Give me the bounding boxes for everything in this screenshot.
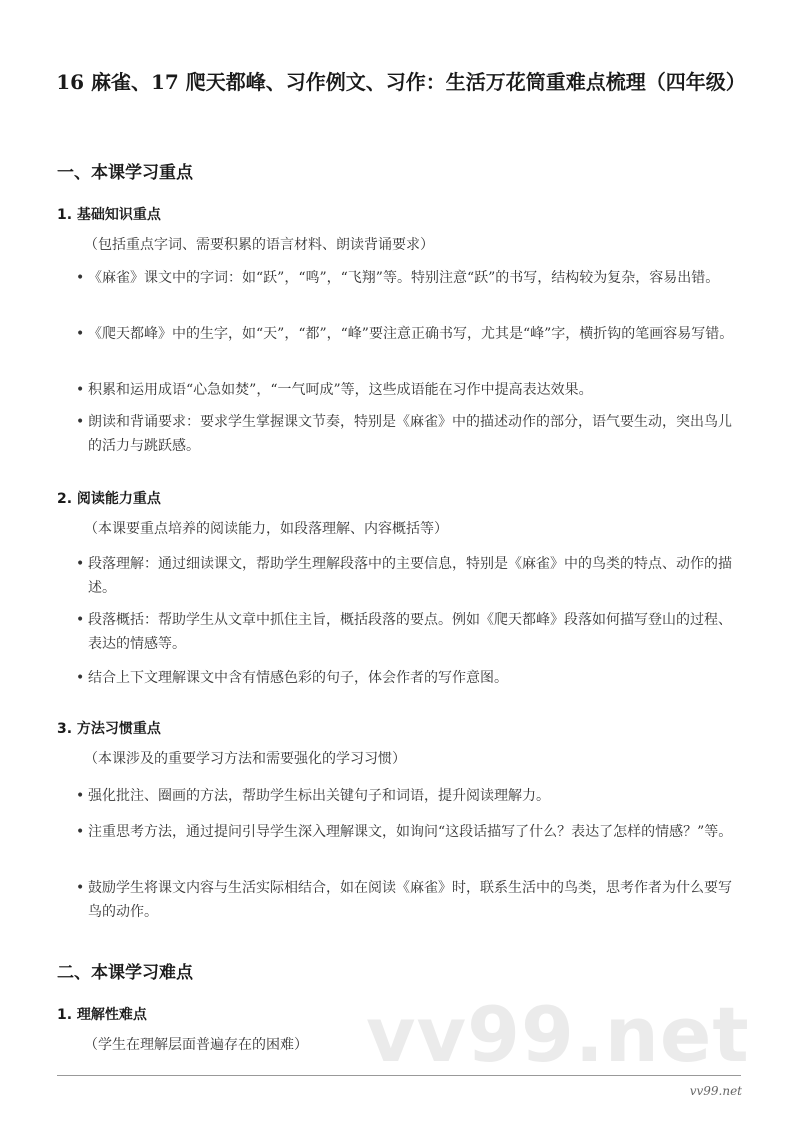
subsection-heading: 3. 方法习惯重点	[57, 718, 161, 738]
list-item: • 段落概括：帮助学生从文章中抓住主旨，概括段落的要点。例如《爬天都峰》段落如何…	[76, 608, 742, 656]
subsection-heading: 1. 基础知识重点	[57, 204, 161, 224]
footer-divider	[57, 1075, 741, 1076]
bullet-icon: •	[76, 322, 86, 346]
subsection-heading: 2. 阅读能力重点	[57, 488, 161, 508]
subsection-note: （本课要重点培养的阅读能力，如段落理解、内容概括等）	[84, 518, 448, 538]
bullet-icon: •	[76, 552, 86, 576]
list-item: • 积累和运用成语“心急如焚”，“一气呵成”等，这些成语能在习作中提高表达效果。	[76, 378, 742, 402]
subsection-note: （包括重点字词、需要积累的语言材料、朗读背诵要求）	[84, 234, 434, 254]
page-title: 16 麻雀、17 爬天都峰、习作例文、习作：生活万花筒重难点梳理（四年级）	[56, 66, 746, 98]
list-item: • 结合上下文理解课文中含有情感色彩的句子，体会作者的写作意图。	[76, 666, 742, 690]
bullet-icon: •	[76, 784, 86, 808]
list-item: • 《麻雀》课文中的字词：如“跃”，“鸣”，“飞翔”等。特别注意“跃”的书写，结…	[76, 266, 742, 290]
bullet-icon: •	[76, 820, 86, 844]
bullet-icon: •	[76, 266, 86, 290]
subsection-note: （本课涉及的重要学习方法和需要强化的学习习惯）	[84, 748, 406, 768]
footer-site-label: vv99.net	[690, 1084, 742, 1098]
list-item: • 鼓励学生将课文内容与生活实际相结合，如在阅读《麻雀》时，联系生活中的鸟类，思…	[76, 876, 742, 924]
list-item: • 强化批注、圈画的方法，帮助学生标出关键句子和词语，提升阅读理解力。	[76, 784, 742, 808]
bullet-icon: •	[76, 666, 86, 690]
bullet-icon: •	[76, 378, 86, 402]
list-item: • 朗读和背诵要求：要求学生掌握课文节奏，特别是《麻雀》中的描述动作的部分，语气…	[76, 410, 742, 458]
bullet-icon: •	[76, 876, 86, 900]
list-item: • 《爬天都峰》中的生字，如“天”，“都”，“峰”要注意正确书写，尤其是“峰”字…	[76, 322, 742, 346]
watermark: vv99.net	[366, 990, 750, 1079]
list-item: • 段落理解：通过细读课文，帮助学生理解段落中的主要信息，特别是《麻雀》中的鸟类…	[76, 552, 742, 600]
subsection-heading: 1. 理解性难点	[57, 1004, 147, 1024]
bullet-icon: •	[76, 410, 86, 434]
section-heading: 一、本课学习重点	[57, 158, 193, 183]
subsection-note: （学生在理解层面普遍存在的困难）	[84, 1034, 308, 1054]
list-item: • 注重思考方法，通过提问引导学生深入理解课文，如询问“这段话描写了什么？表达了…	[76, 820, 742, 844]
bullet-icon: •	[76, 608, 86, 632]
section-heading: 二、本课学习难点	[57, 958, 193, 983]
